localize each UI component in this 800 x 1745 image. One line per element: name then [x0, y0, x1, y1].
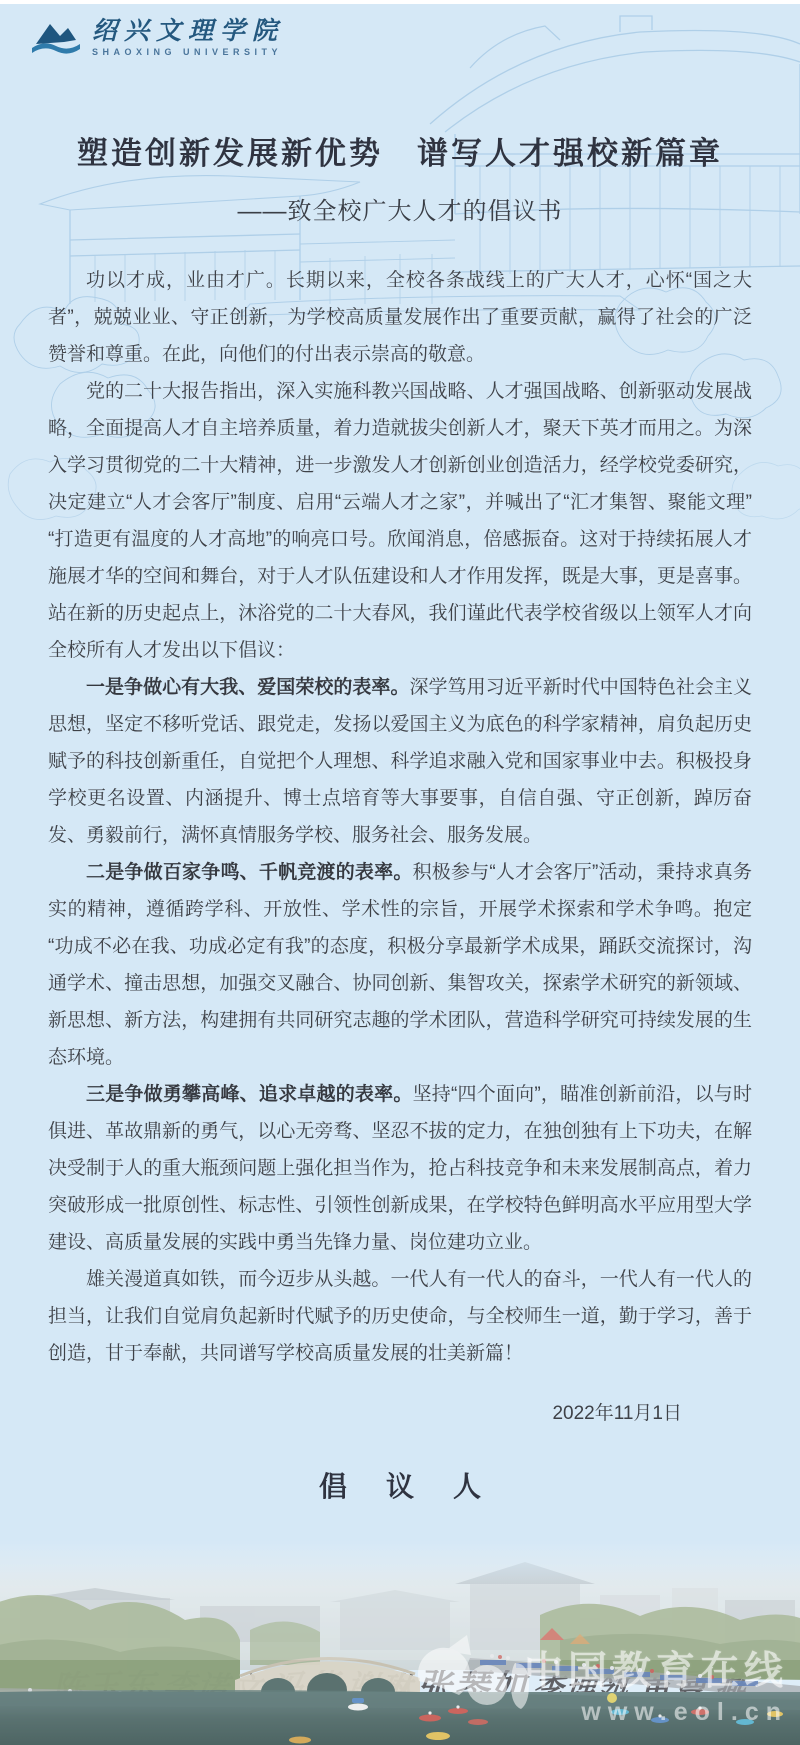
document-date: 2022年11月1日: [0, 1398, 682, 1425]
paragraph-text: 坚持“四个面向”，瞄准创新前沿，以与时俱进、革故鼎新的勇气，以心无旁骛、坚忍不拔…: [48, 1084, 752, 1253]
paragraph-lead: 三是争做勇攀高峰、追求卓越的表率。: [86, 1084, 413, 1105]
proposal-document-page: 绍兴文理学院 SHAOXING UNIVERSITY 塑造创新发展新优势 谱写人…: [0, 0, 800, 1745]
university-logo: 绍兴文理学院 SHAOXING UNIVERSITY: [30, 18, 284, 58]
university-name-cn: 绍兴文理学院: [92, 19, 284, 44]
paragraph-text: 积极参与“人才会客厅”活动，秉持求真务实的精神，遵循跨学科、开放性、学术性的宗旨…: [48, 862, 752, 1068]
paragraph-closing: 雄关漫道真如铁，而今迈步从头越。一代人有一代人的奋斗，一代人有一代人的担当，让我…: [48, 1261, 752, 1372]
campus-lake-photo: 中国教育在线 www.eol.cn: [0, 1540, 800, 1745]
proposers-heading: 倡 议 人: [0, 1465, 800, 1505]
university-logo-text: 绍兴文理学院 SHAOXING UNIVERSITY: [92, 19, 284, 57]
paragraph-context: 党的二十大报告指出，深入实施科教兴国战略、人才强国战略、创新驱动发展战略，全面提…: [48, 373, 752, 669]
paragraph-intro: 功以才成，业由才广。长期以来，全校各条战线上的广大人才，心怀“国之大者”，兢兢业…: [48, 262, 752, 373]
paragraph-initiative-3: 三是争做勇攀高峰、追求卓越的表率。坚持“四个面向”，瞄准创新前沿，以与时俱进、革…: [48, 1076, 752, 1261]
campus-lake-photo-art: [0, 1540, 800, 1745]
document-body: 功以才成，业由才广。长期以来，全校各条战线上的广大人才，心怀“国之大者”，兢兢业…: [48, 262, 752, 1372]
paragraph-text: 雄关漫道真如铁，而今迈步从头越。一代人有一代人的奋斗，一代人有一代人的担当，让我…: [48, 1269, 752, 1364]
document-title: 塑造创新发展新优势 谱写人才强校新篇章: [0, 128, 800, 173]
paragraph-initiative-2: 二是争做百家争鸣、千帆竞渡的表率。积极参与“人才会客厅”活动，秉持求真务实的精神…: [48, 854, 752, 1076]
paragraph-text: 深学笃用习近平新时代中国特色社会主义思想，坚定不移听党话、跟党走，发扬以爱国主义…: [48, 677, 752, 846]
paragraph-lead: 一是争做心有大我、爱国荣校的表率。: [86, 677, 410, 698]
paragraph-text: 党的二十大报告指出，深入实施科教兴国战略、人才强国战略、创新驱动发展战略，全面提…: [48, 381, 752, 661]
paragraph-lead: 二是争做百家争鸣、千帆竞渡的表率。: [86, 862, 413, 883]
university-name-en: SHAOXING UNIVERSITY: [92, 47, 284, 57]
university-logo-mark-icon: [30, 18, 82, 58]
eol-logo-icon: [415, 1633, 545, 1713]
document-subtitle: ——致全校广大人才的倡议书: [0, 191, 800, 226]
paragraph-text: 功以才成，业由才广。长期以来，全校各条战线上的广大人才，心怀“国之大者”，兢兢业…: [48, 270, 752, 365]
paragraph-initiative-1: 一是争做心有大我、爱国荣校的表率。深学笃用习近平新时代中国特色社会主义思想，坚定…: [48, 669, 752, 854]
